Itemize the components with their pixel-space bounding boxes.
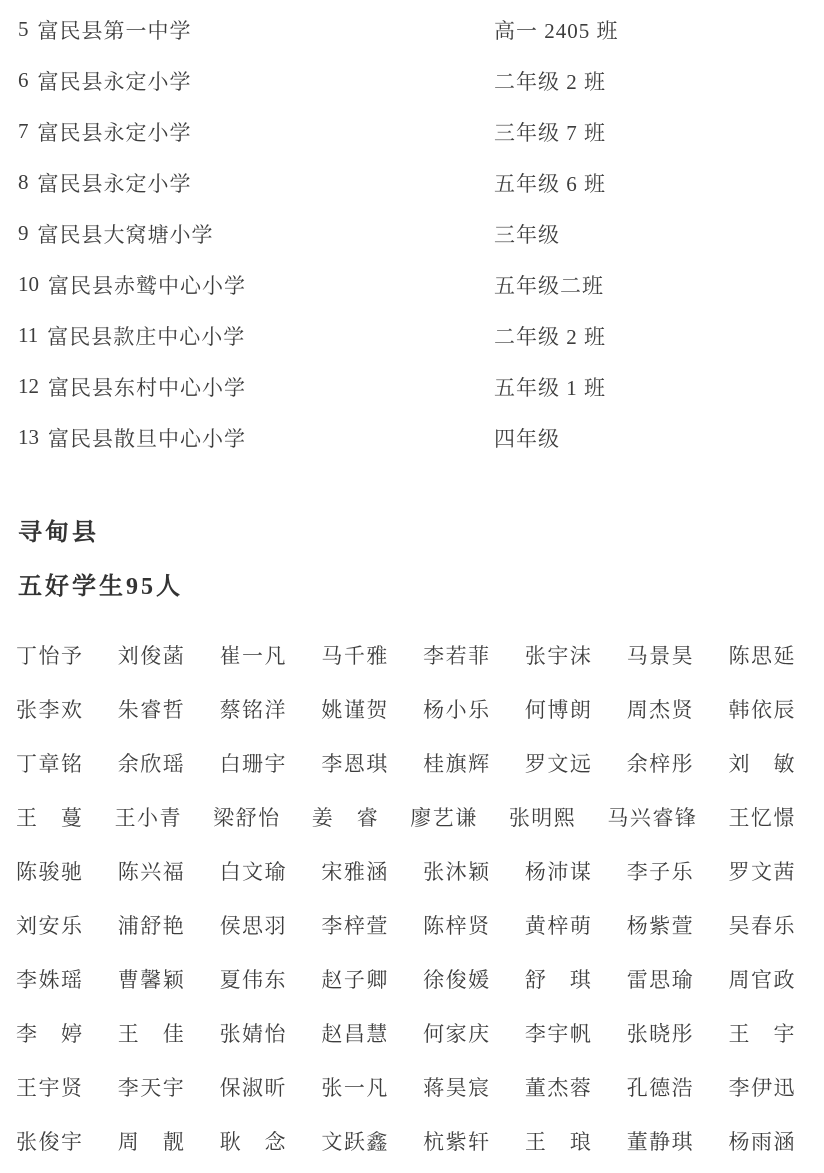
student-name: 夏伟东 — [220, 964, 288, 994]
student-name: 崔一凡 — [220, 640, 288, 670]
student-name: 赵子卿 — [321, 964, 389, 994]
student-name: 雷思瑜 — [627, 964, 695, 994]
school-row: 12富民县东村中心小学五年级 1 班 — [0, 361, 824, 412]
student-name-row: 陈骏驰陈兴福白文瑜宋雅涵张沐颖杨沛谋李子乐罗文茜 — [16, 844, 796, 898]
student-name-grid: 丁怡予刘俊菡崔一凡马千雅李若菲张宇沫马景昊陈思延张李欢朱睿哲蔡铭洋姚谨贺杨小乐何… — [0, 628, 824, 1168]
school-row-number: 10 — [18, 272, 39, 297]
student-name: 张一凡 — [321, 1072, 389, 1102]
school-row: 13富民县散旦中心小学四年级 — [0, 412, 824, 463]
student-name: 姚谨贺 — [321, 694, 389, 724]
student-name: 王宇贤 — [16, 1072, 84, 1102]
school-name: 富民县赤鹫中心小学 — [48, 270, 246, 300]
student-name: 马兴睿锋 — [607, 802, 697, 832]
student-name: 白珊宇 — [220, 748, 288, 778]
student-name: 陈骏驰 — [16, 856, 84, 886]
school-row-number: 12 — [18, 374, 39, 399]
student-name: 王 宇 — [728, 1018, 796, 1048]
student-name-row: 丁怡予刘俊菡崔一凡马千雅李若菲张宇沫马景昊陈思延 — [16, 628, 796, 682]
class-name: 四年级 — [494, 423, 560, 453]
student-name: 蒋昊宸 — [423, 1072, 491, 1102]
student-name: 董杰蓉 — [525, 1072, 593, 1102]
student-name: 余梓彤 — [627, 748, 695, 778]
student-name-row: 王 蔓王小青梁舒怡姜 睿廖艺谦张明熙马兴睿锋王忆憬 — [16, 790, 796, 844]
student-name: 杭紫轩 — [423, 1126, 491, 1156]
student-name: 王小青 — [115, 802, 183, 832]
student-name: 蔡铭洋 — [220, 694, 288, 724]
student-name: 廖艺谦 — [410, 802, 478, 832]
student-name: 李梓萱 — [321, 910, 389, 940]
student-name: 侯思羽 — [220, 910, 288, 940]
student-name: 杨紫萱 — [627, 910, 695, 940]
class-name: 五年级二班 — [494, 270, 604, 300]
student-name: 孔德浩 — [627, 1072, 695, 1102]
class-name: 三年级 7 班 — [494, 117, 606, 147]
student-name-row: 丁章铭余欣瑶白珊宇李恩琪桂旗辉罗文远余梓彤刘 敏 — [16, 736, 796, 790]
student-name: 周官政 — [728, 964, 796, 994]
student-name: 朱睿哲 — [118, 694, 186, 724]
student-name: 文跃鑫 — [321, 1126, 389, 1156]
school-row: 11富民县款庄中心小学二年级 2 班 — [0, 310, 824, 361]
student-name: 梁舒怡 — [213, 802, 281, 832]
school-name: 富民县款庄中心小学 — [47, 321, 245, 351]
student-name: 王忆憬 — [728, 802, 796, 832]
student-name: 李子乐 — [627, 856, 695, 886]
school-name: 富民县大窝塘小学 — [38, 219, 214, 249]
student-name-row: 张俊宇周 靓耿 念文跃鑫杭紫轩王 琅董静琪杨雨涵 — [16, 1114, 796, 1168]
school-row-number: 11 — [18, 323, 38, 348]
student-name: 刘俊菡 — [118, 640, 186, 670]
class-name: 高一 2405 班 — [494, 15, 619, 45]
student-name: 宋雅涵 — [321, 856, 389, 886]
student-name-row: 王宇贤李天宇保淑昕张一凡蒋昊宸董杰蓉孔德浩李伊迅 — [16, 1060, 796, 1114]
student-name: 桂旗辉 — [423, 748, 491, 778]
student-name: 丁章铭 — [16, 748, 84, 778]
student-name: 徐俊媛 — [423, 964, 491, 994]
class-name: 五年级 1 班 — [494, 372, 606, 402]
school-row-number: 8 — [18, 170, 29, 195]
school-name: 富民县散旦中心小学 — [48, 423, 246, 453]
document-page: 5富民县第一中学高一 2405 班6富民县永定小学二年级 2 班7富民县永定小学… — [0, 0, 824, 1173]
class-name: 五年级 6 班 — [494, 168, 606, 198]
school-row: 10富民县赤鹫中心小学五年级二班 — [0, 259, 824, 310]
school-name: 富民县永定小学 — [38, 168, 192, 198]
student-name: 耿 念 — [220, 1126, 288, 1156]
student-name: 吴春乐 — [728, 910, 796, 940]
school-name: 富民县东村中心小学 — [48, 372, 246, 402]
school-row: 8富民县永定小学五年级 6 班 — [0, 157, 824, 208]
student-name: 白文瑜 — [220, 856, 288, 886]
student-name: 董静琪 — [627, 1126, 695, 1156]
student-name-row: 刘安乐浦舒艳侯思羽李梓萱陈梓贤黄梓萌杨紫萱吴春乐 — [16, 898, 796, 952]
student-name: 李姝瑶 — [16, 964, 84, 994]
student-name: 何家庆 — [423, 1018, 491, 1048]
student-name: 罗文茜 — [728, 856, 796, 886]
class-name: 二年级 2 班 — [494, 321, 606, 351]
class-name: 二年级 2 班 — [494, 66, 606, 96]
student-name: 马景昊 — [627, 640, 695, 670]
student-name: 韩依辰 — [728, 694, 796, 724]
student-name: 何博朗 — [525, 694, 593, 724]
school-name: 富民县永定小学 — [38, 117, 192, 147]
student-name-row: 李姝瑶曹馨颖夏伟东赵子卿徐俊媛舒 琪雷思瑜周官政 — [16, 952, 796, 1006]
student-name: 张李欢 — [16, 694, 84, 724]
student-name: 陈梓贤 — [423, 910, 491, 940]
school-row-number: 13 — [18, 425, 39, 450]
school-row: 9富民县大窝塘小学三年级 — [0, 208, 824, 259]
student-name: 张婧怡 — [220, 1018, 288, 1048]
school-name: 富民县第一中学 — [38, 15, 192, 45]
student-name: 周杰贤 — [627, 694, 695, 724]
student-name: 马千雅 — [321, 640, 389, 670]
student-name: 张俊宇 — [16, 1126, 84, 1156]
student-name: 刘 敏 — [728, 748, 796, 778]
student-name: 杨小乐 — [423, 694, 491, 724]
student-name: 余欣瑶 — [118, 748, 186, 778]
student-name: 李恩琪 — [321, 748, 389, 778]
student-name: 李 婷 — [16, 1018, 84, 1048]
student-name: 张宇沫 — [525, 640, 593, 670]
student-name: 姜 睿 — [312, 802, 380, 832]
award-heading: 五好学生95人 — [18, 572, 824, 602]
school-row-number: 5 — [18, 17, 29, 42]
student-name-row: 张李欢朱睿哲蔡铭洋姚谨贺杨小乐何博朗周杰贤韩依辰 — [16, 682, 796, 736]
school-name: 富民县永定小学 — [38, 66, 192, 96]
school-row: 5富民县第一中学高一 2405 班 — [0, 4, 824, 55]
student-name: 杨雨涵 — [728, 1126, 796, 1156]
student-name: 李伊迅 — [728, 1072, 796, 1102]
student-name: 王 佳 — [118, 1018, 186, 1048]
student-name: 王 蔓 — [16, 802, 84, 832]
student-name: 保淑昕 — [220, 1072, 288, 1102]
student-name: 舒 琪 — [525, 964, 593, 994]
student-name: 赵昌慧 — [321, 1018, 389, 1048]
school-row-number: 6 — [18, 68, 29, 93]
student-name: 刘安乐 — [16, 910, 84, 940]
school-class-list: 5富民县第一中学高一 2405 班6富民县永定小学二年级 2 班7富民县永定小学… — [0, 0, 824, 463]
county-heading: 寻甸县 — [18, 518, 824, 548]
student-name: 李若菲 — [423, 640, 491, 670]
student-name: 黄梓萌 — [525, 910, 593, 940]
student-name: 张明熙 — [509, 802, 577, 832]
student-name: 陈兴福 — [118, 856, 186, 886]
student-name: 李天宇 — [118, 1072, 186, 1102]
student-name: 杨沛谋 — [525, 856, 593, 886]
student-name: 陈思延 — [728, 640, 796, 670]
student-name: 李宇帆 — [525, 1018, 593, 1048]
student-name: 浦舒艳 — [118, 910, 186, 940]
class-name: 三年级 — [494, 219, 560, 249]
student-name: 罗文远 — [525, 748, 593, 778]
school-row: 7富民县永定小学三年级 7 班 — [0, 106, 824, 157]
school-row: 6富民县永定小学二年级 2 班 — [0, 55, 824, 106]
school-row-number: 9 — [18, 221, 29, 246]
student-name: 周 靓 — [118, 1126, 186, 1156]
student-name: 曹馨颖 — [118, 964, 186, 994]
student-name: 张沐颖 — [423, 856, 491, 886]
student-name: 丁怡予 — [16, 640, 84, 670]
student-name: 张晓彤 — [627, 1018, 695, 1048]
student-name: 王 琅 — [525, 1126, 593, 1156]
school-row-number: 7 — [18, 119, 29, 144]
student-name-row: 李 婷王 佳张婧怡赵昌慧何家庆李宇帆张晓彤王 宇 — [16, 1006, 796, 1060]
